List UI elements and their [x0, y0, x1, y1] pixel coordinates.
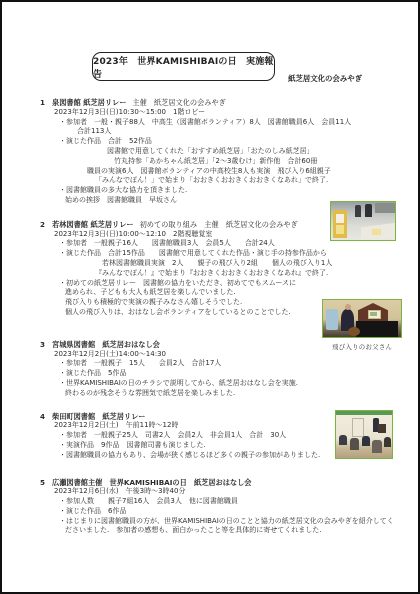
report-line: ・演じた作品 5作品 — [40, 369, 402, 379]
flyer-sheet — [336, 214, 344, 223]
section-title-rest: 初めての取り組み 主催 紙芝居文化の会みやぎ — [140, 220, 298, 229]
report-line: ・演じた作品 合計15作品 図書館で用意してくれた作品・演じ手の持参作品から — [40, 249, 402, 259]
section-number: 1 — [40, 98, 52, 108]
shibata-audience-photo — [335, 410, 393, 459]
kamishibai-stand — [378, 424, 386, 433]
report-line: ・演じた作品 合計 52作品 — [40, 137, 402, 147]
report-line: ・初めての紙芝居リレー 図書館の協力をいただき、初めてでもスムースに — [40, 279, 402, 289]
audience-figure — [372, 440, 382, 453]
section-heading: 5広瀬図書館主催 世界KAMISHIBAIの日 紙芝居おはなし会 — [40, 478, 402, 488]
report-line: 若林図書館職員実演 2人 親子の飛び入り2組 個人の飛び入り1人 — [40, 259, 402, 269]
story-card-picture — [370, 312, 377, 316]
report-line: 2023年12月6日(水) 午後3時～3時40分 — [40, 487, 402, 497]
report-line: 2023年12月3日(日)10:30～15:00 1階ロビー — [40, 108, 402, 118]
audience-figure — [362, 436, 370, 446]
section-title: 宮城県図書館 紙芝居おはなし会 — [52, 340, 160, 349]
section-title: 泉図書館 紙芝居リレー — [52, 98, 126, 107]
door — [352, 418, 364, 437]
section-title: 柴田町図書館 紙芝居リレー — [52, 412, 145, 421]
report-title-box: 2023年 世界KAMISHIBAIの日 実施報告 — [92, 52, 275, 81]
section-title: 広瀬図書館主催 世界KAMISHIBAIの日 紙芝居おはなし会 — [52, 478, 251, 487]
audience-figure — [384, 437, 391, 447]
section-title-rest: 主催 紙芝居文化の会みやぎ — [132, 98, 225, 107]
chair — [326, 309, 338, 330]
section-number: 4 — [40, 412, 52, 422]
section-heading: 1泉図書館 紙芝居リレー主催 紙芝居文化の会みやぎ — [40, 98, 402, 108]
bookshelf — [375, 203, 395, 213]
report-page: 2023年 世界KAMISHIBAIの日 実施報告 紙芝居文化の会みやぎ 1泉図… — [0, 0, 420, 594]
report-line: ・図書館職員の多大な協力を頂きました. — [40, 186, 402, 196]
wall-band — [336, 411, 392, 415]
audience-figure — [339, 435, 347, 445]
wakabayashi-performance-photo — [322, 299, 402, 338]
paper-sheet — [372, 229, 381, 235]
person-figure — [365, 204, 372, 217]
report-line: ・演じた作品 6作品 — [40, 507, 402, 517]
person-figure — [355, 205, 361, 217]
report-line: ・はじまりに図書館職員の方が、世界KAMISHIBAIの日のことと協力の紙芝居文… — [40, 517, 402, 527]
audience-figure — [350, 438, 359, 450]
report-line: 2023年12月2日(土)14:00～14:30 — [40, 350, 402, 360]
section-number: 2 — [40, 220, 52, 230]
report-line: 進められ、子どもも大人も紙芝居を楽しんでいました. — [40, 288, 402, 298]
section-number: 5 — [40, 478, 52, 488]
photo-caption: 飛び入りのお父さん — [332, 342, 402, 351]
report-line: ・参加者 一般親子 15人 会員2人 合計17人 — [40, 359, 402, 369]
report-line: 職員の実演6人 図書館ボランティアの中高校生8人も実演 飛び入り6組親子 — [40, 167, 402, 177]
report-line: 『みんなでぽん！』で始まり『おおきくおおきくおおきくなあれ』で終了. — [40, 269, 402, 279]
izumi-library-photo — [330, 201, 396, 241]
report-line: ださいました. 参加者の感想も、面白かったこと等を具体的に寄せてくれました. — [40, 526, 402, 536]
report-title: 2023年 世界KAMISHIBAIの日 実施報告 — [93, 54, 274, 80]
section-title: 若林図書館 紙芝居リレー — [52, 220, 134, 229]
report-line: 合計113人 — [40, 127, 402, 137]
report-line: 竹丸持参「あかちゃん紙芝居」「2～3歳むけ」新作他 合計60冊 — [40, 157, 402, 167]
report-line: ・参加人数 親子7組16人 会員3人 他に図書館職員 — [40, 497, 402, 507]
report-line: 図書館で用意してくれた「おすすめ紙芝居」「おたのしみ紙芝居」 — [40, 147, 402, 157]
black-cloth — [356, 321, 398, 337]
report-line: 終わるのが残念そうな雰囲気で紙芝居を楽しみました. — [40, 389, 402, 399]
section-izumi-library: 1泉図書館 紙芝居リレー主催 紙芝居文化の会みやぎ 2023年12月3日(日)1… — [40, 98, 402, 206]
bag — [348, 327, 360, 336]
report-line: ・世界KAMISHIBAIの日のチラシで説明してから、紙芝居おはなし会を実施. — [40, 379, 402, 389]
performer-head — [345, 304, 351, 310]
section-hirose-library: 5広瀬図書館主催 世界KAMISHIBAIの日 紙芝居おはなし会 2023年12… — [40, 478, 402, 537]
report-line: ・参加者 一般・親子88人 中高生（図書館ボランティア）8人 図書館職員6人 会… — [40, 118, 402, 128]
organization-name: 紙芝居文化の会みやぎ — [288, 73, 362, 84]
report-line: 「みんなでぽん！」で始まり「おおきくおおきくおおきくなあれ」で終了. — [40, 176, 402, 186]
section-number: 3 — [40, 340, 52, 350]
